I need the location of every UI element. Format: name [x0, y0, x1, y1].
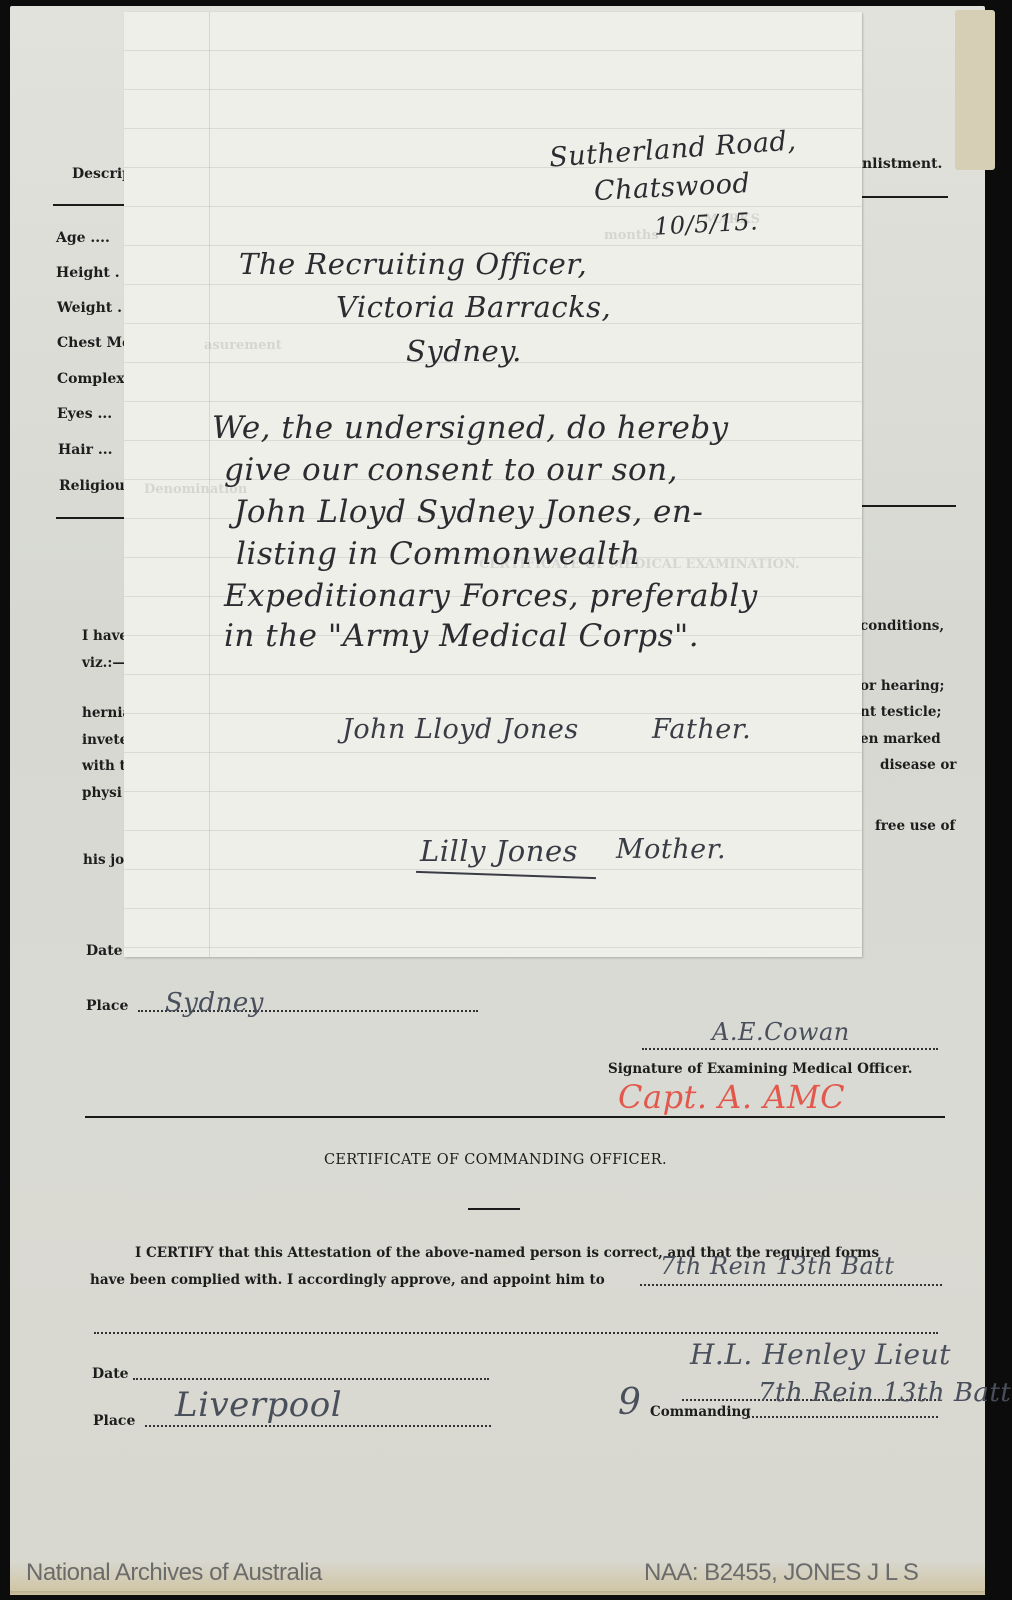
section-rule-left	[56, 517, 126, 519]
co-appoint-value: 7th Rein 13th Batt	[660, 1252, 895, 1280]
co-blank-dotted-line	[94, 1330, 938, 1334]
letter-address-street: Sutherland Road,	[548, 125, 797, 173]
co-date-label: Date	[92, 1366, 129, 1382]
field-chest-measurement: Chest Me	[57, 335, 131, 351]
co-commanding-dotted-line	[748, 1414, 938, 1418]
father-role: Father.	[652, 714, 751, 745]
medical-place-label: Place	[86, 998, 128, 1014]
co-place-value: Liverpool	[175, 1385, 342, 1425]
header-rule-left	[53, 204, 125, 206]
letter-date: 10/5/15.	[653, 207, 758, 240]
section-rule-right	[862, 505, 956, 507]
co-text-line2: have been complied with. I accordingly a…	[90, 1272, 605, 1288]
co-signature-mark: 9	[618, 1382, 641, 1423]
form-header-description: Descrip	[72, 166, 132, 182]
section-rule-commanding	[85, 1116, 945, 1118]
medical-signature-dotted-line	[642, 1046, 938, 1050]
co-certificate-title: CERTIFICATE OF COMMANDING OFFICER.	[324, 1152, 667, 1168]
letter-recipient-location: Victoria Barracks,	[336, 290, 611, 324]
field-religious-denomination: Religious	[59, 478, 133, 494]
co-commanding-value: 7th Rein 13th Batt	[758, 1378, 1011, 1408]
co-signature: H.L. Henley Lieut	[690, 1338, 951, 1371]
field-age: Age ....	[56, 230, 110, 246]
field-height: Height .	[56, 265, 120, 281]
medical-place-value: Sydney	[165, 988, 264, 1018]
medical-officer-label: Signature of Examining Medical Officer.	[608, 1061, 913, 1077]
archive-reference: NAA: B2455, JONES J L S	[644, 1559, 918, 1587]
field-complexion: Complexi	[57, 371, 130, 387]
parental-consent-letter: months MARKS asurement Denomination CERT…	[124, 12, 862, 957]
letter-recipient-title: The Recruiting Officer,	[239, 247, 587, 281]
medical-officer-rank: Capt. A. AMC	[618, 1078, 845, 1116]
header-rule-right	[862, 196, 948, 198]
mother-signature-underline	[416, 871, 596, 879]
field-weight: Weight .	[57, 300, 122, 316]
letter-address-suburb: Chatswood	[593, 168, 751, 207]
archive-name: National Archives of Australia	[26, 1559, 322, 1587]
co-commanding-label: Commanding	[650, 1404, 751, 1420]
co-appoint-dotted-line	[640, 1282, 942, 1286]
medical-date-label: Date	[86, 943, 123, 959]
letter-recipient-city: Sydney.	[406, 334, 522, 368]
field-eyes: Eyes ...	[57, 406, 112, 422]
mother-role: Mother.	[616, 834, 726, 865]
medical-officer-signature: A.E.Cowan	[712, 1018, 850, 1046]
form-header-enlistment: nlistment.	[862, 156, 942, 172]
paper-tab	[955, 10, 995, 170]
co-place-label: Place	[93, 1413, 135, 1429]
field-hair: Hair ...	[58, 442, 113, 458]
mother-signature: Lilly Jones	[420, 834, 578, 868]
father-signature: John Lloyd Jones	[342, 714, 579, 745]
co-date-dotted-line	[133, 1376, 489, 1380]
co-title-dash	[468, 1208, 520, 1210]
